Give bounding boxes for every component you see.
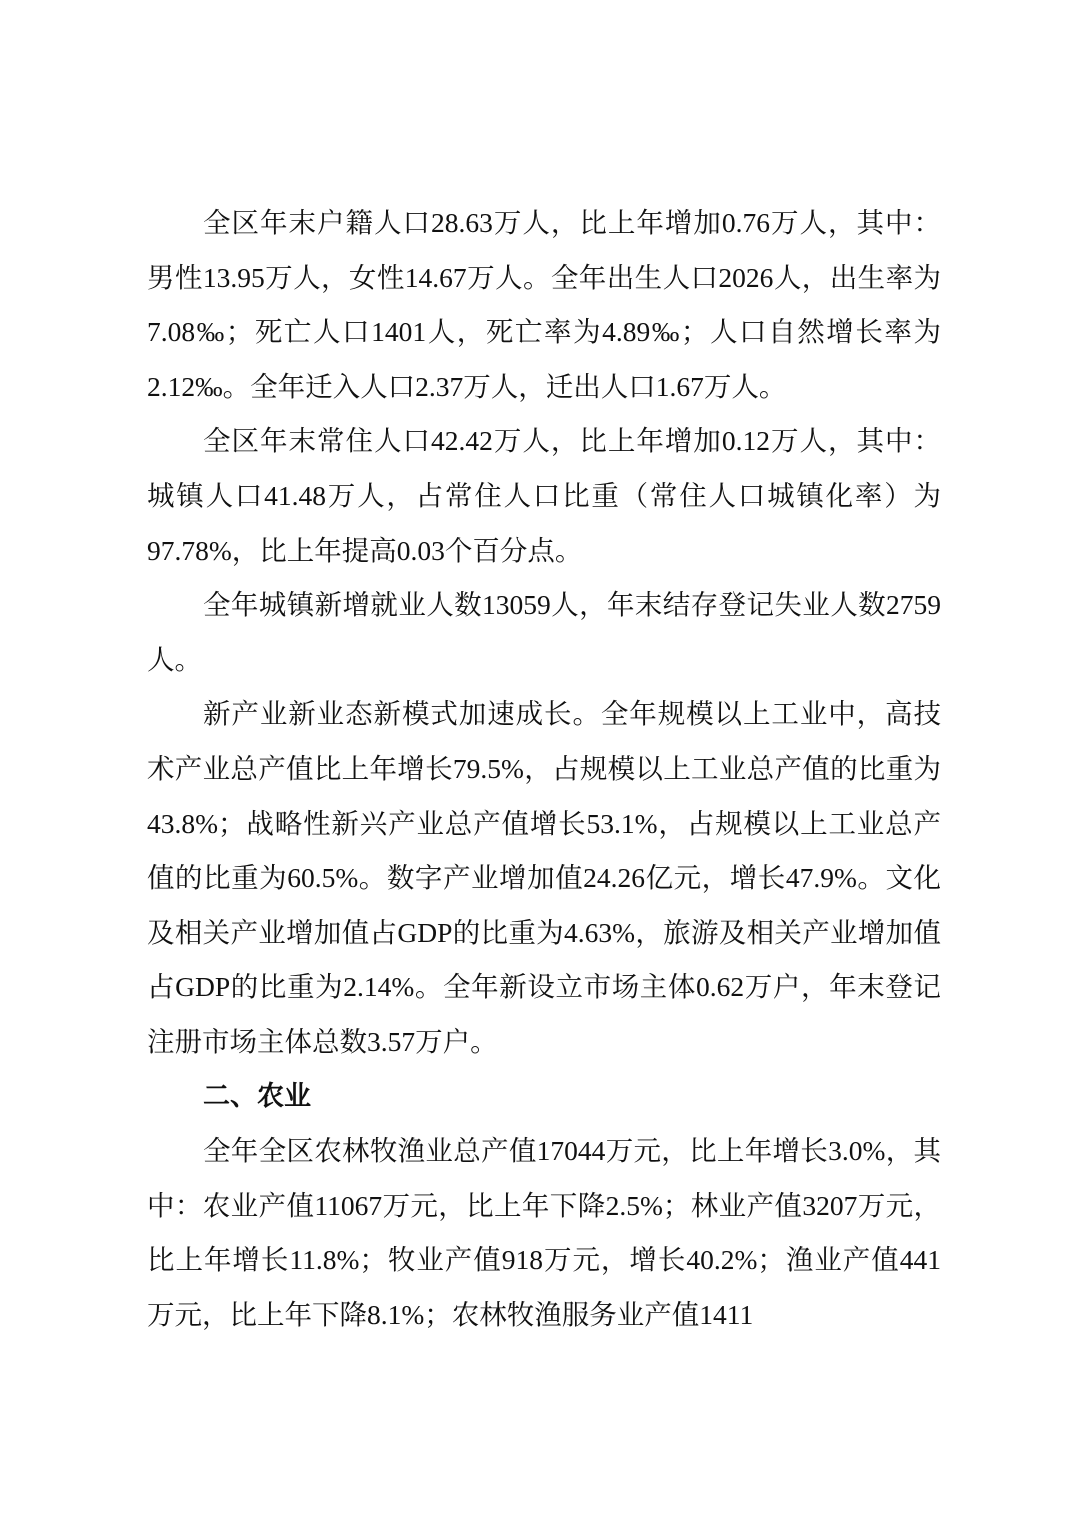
section-heading-agriculture: 二、农业 [147, 1070, 941, 1125]
paragraph-employment: 全年城镇新增就业人数13059人，年末结存登记失业人数2759人。 [147, 578, 941, 687]
paragraph-household-population: 全区年末户籍人口28.63万人，比上年增加0.76万人，其中：男性13.95万人… [147, 196, 941, 414]
paragraph-new-industries: 新产业新业态新模式加速成长。全年规模以上工业中，高技术产业总产值比上年增长79.… [147, 687, 941, 1069]
paragraph-resident-population: 全区年末常住人口42.42万人，比上年增加0.12万人，其中：城镇人口41.48… [147, 414, 941, 578]
paragraph-agriculture-output: 全年全区农林牧渔业总产值17044万元，比上年增长3.0%，其中：农业产值110… [147, 1124, 941, 1342]
document-page: 全区年末户籍人口28.63万人，比上年增加0.76万人，其中：男性13.95万人… [147, 196, 941, 1342]
